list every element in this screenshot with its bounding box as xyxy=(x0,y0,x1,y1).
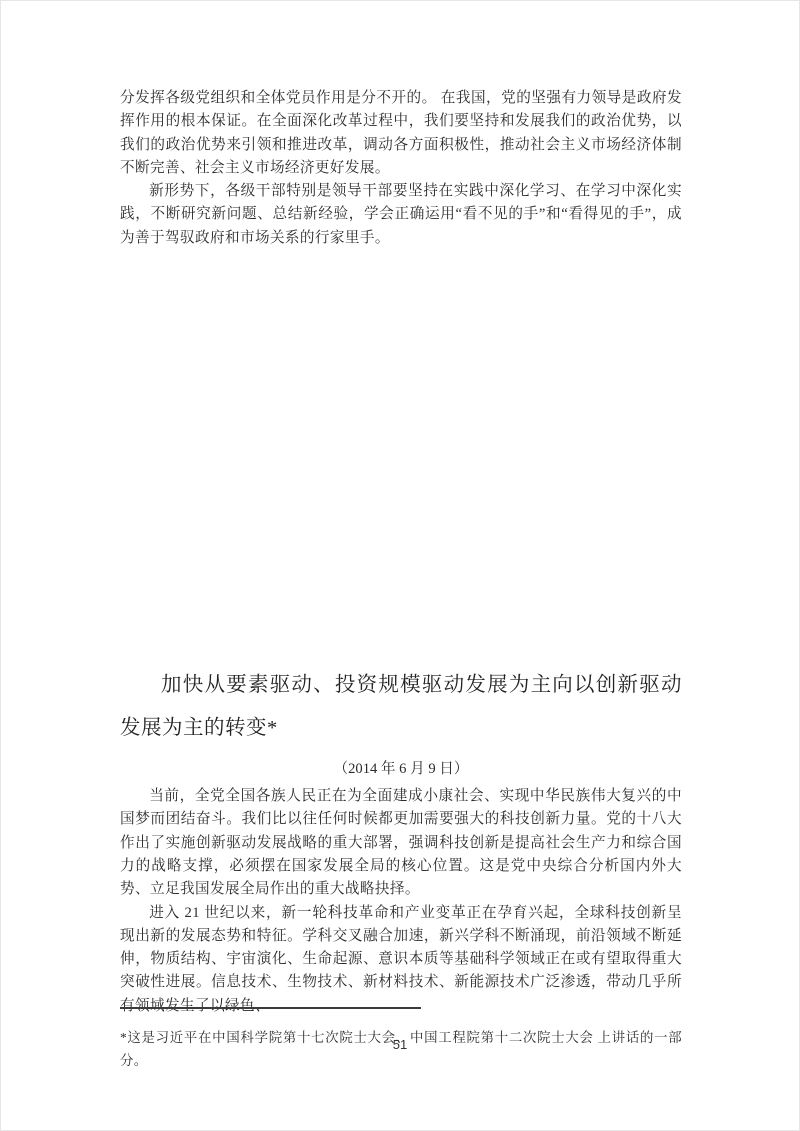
continued-paragraph: 新形势下，各级干部特别是领导干部要坚持在实践中深化学习、在学习中深化实践，不断研… xyxy=(120,180,682,250)
continued-paragraph: 分发挥各级党组织和全体党员作用是分不开的。 在我国，党的坚强有力领导是政府发挥作… xyxy=(120,87,682,180)
document-page: 分发挥各级党组织和全体党员作用是分不开的。 在我国，党的坚强有力领导是政府发挥作… xyxy=(0,0,800,1131)
article-paragraph: 当前，全党全国各族人民正在为全面建成小康社会、实现中华民族伟大复兴的中国梦而团结… xyxy=(120,785,682,901)
article-title: 加快从要素驱动、投资规模驱动发展为主向以创新驱动发展为主的转变* xyxy=(120,664,682,750)
article-paragraph: 进入 21 世纪以来，新一轮科技革命和产业变革正在孕育兴起，全球科技创新呈现出新… xyxy=(120,902,682,1018)
page-number: 51 xyxy=(1,1037,799,1052)
article-date: （2014 年 6 月 9 日） xyxy=(120,757,682,781)
page-content: 分发挥各级党组织和全体党员作用是分不开的。 在我国，党的坚强有力领导是政府发挥作… xyxy=(120,87,682,1085)
footnote-separator-line xyxy=(120,1007,421,1009)
